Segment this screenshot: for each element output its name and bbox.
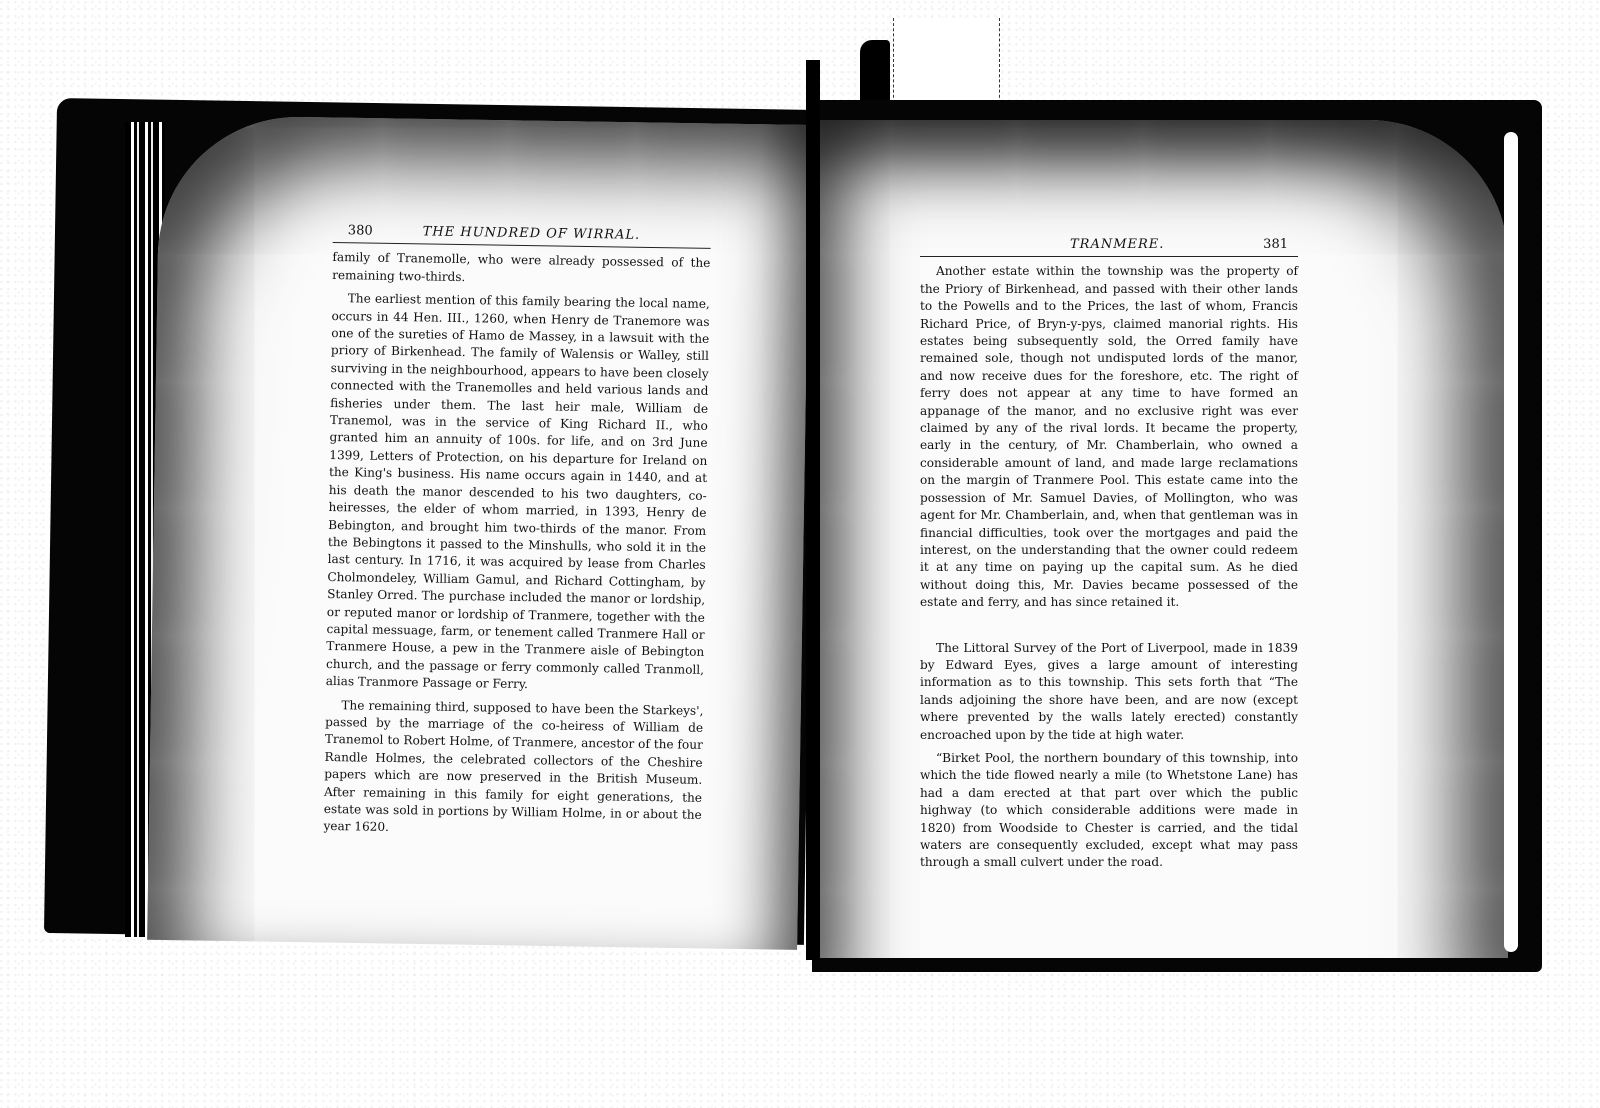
running-head-title: TRANMERE. (1070, 236, 1164, 253)
page-number: 381 (1263, 236, 1288, 253)
paragraph: Another estate within the township was t… (920, 263, 1298, 611)
left-running-head: 380 THE HUNDRED OF WIRRAL. (333, 222, 711, 249)
running-head-title: THE HUNDRED OF WIRRAL. (423, 223, 641, 244)
right-running-head: TRANMERE. 381 (920, 236, 1298, 257)
right-page-text: TRANMERE. 381 Another estate within the … (920, 236, 1298, 878)
page-block-edge-right (1504, 132, 1518, 952)
paragraph: family of Tranemolle, who were already p… (332, 249, 711, 290)
paragraph: The Littoral Survey of the Port of Liver… (920, 640, 1298, 744)
book-gutter (806, 60, 820, 960)
paragraph: “Birket Pool, the northern boundary of t… (920, 750, 1298, 872)
page-number: 380 (348, 222, 373, 240)
paragraph: The remaining third, supposed to have be… (323, 697, 703, 842)
left-page-text: 380 THE HUNDRED OF WIRRAL. family of Tra… (323, 222, 711, 848)
paragraph: The earliest mention of this family bear… (326, 290, 710, 696)
paper-tab (893, 18, 1000, 108)
